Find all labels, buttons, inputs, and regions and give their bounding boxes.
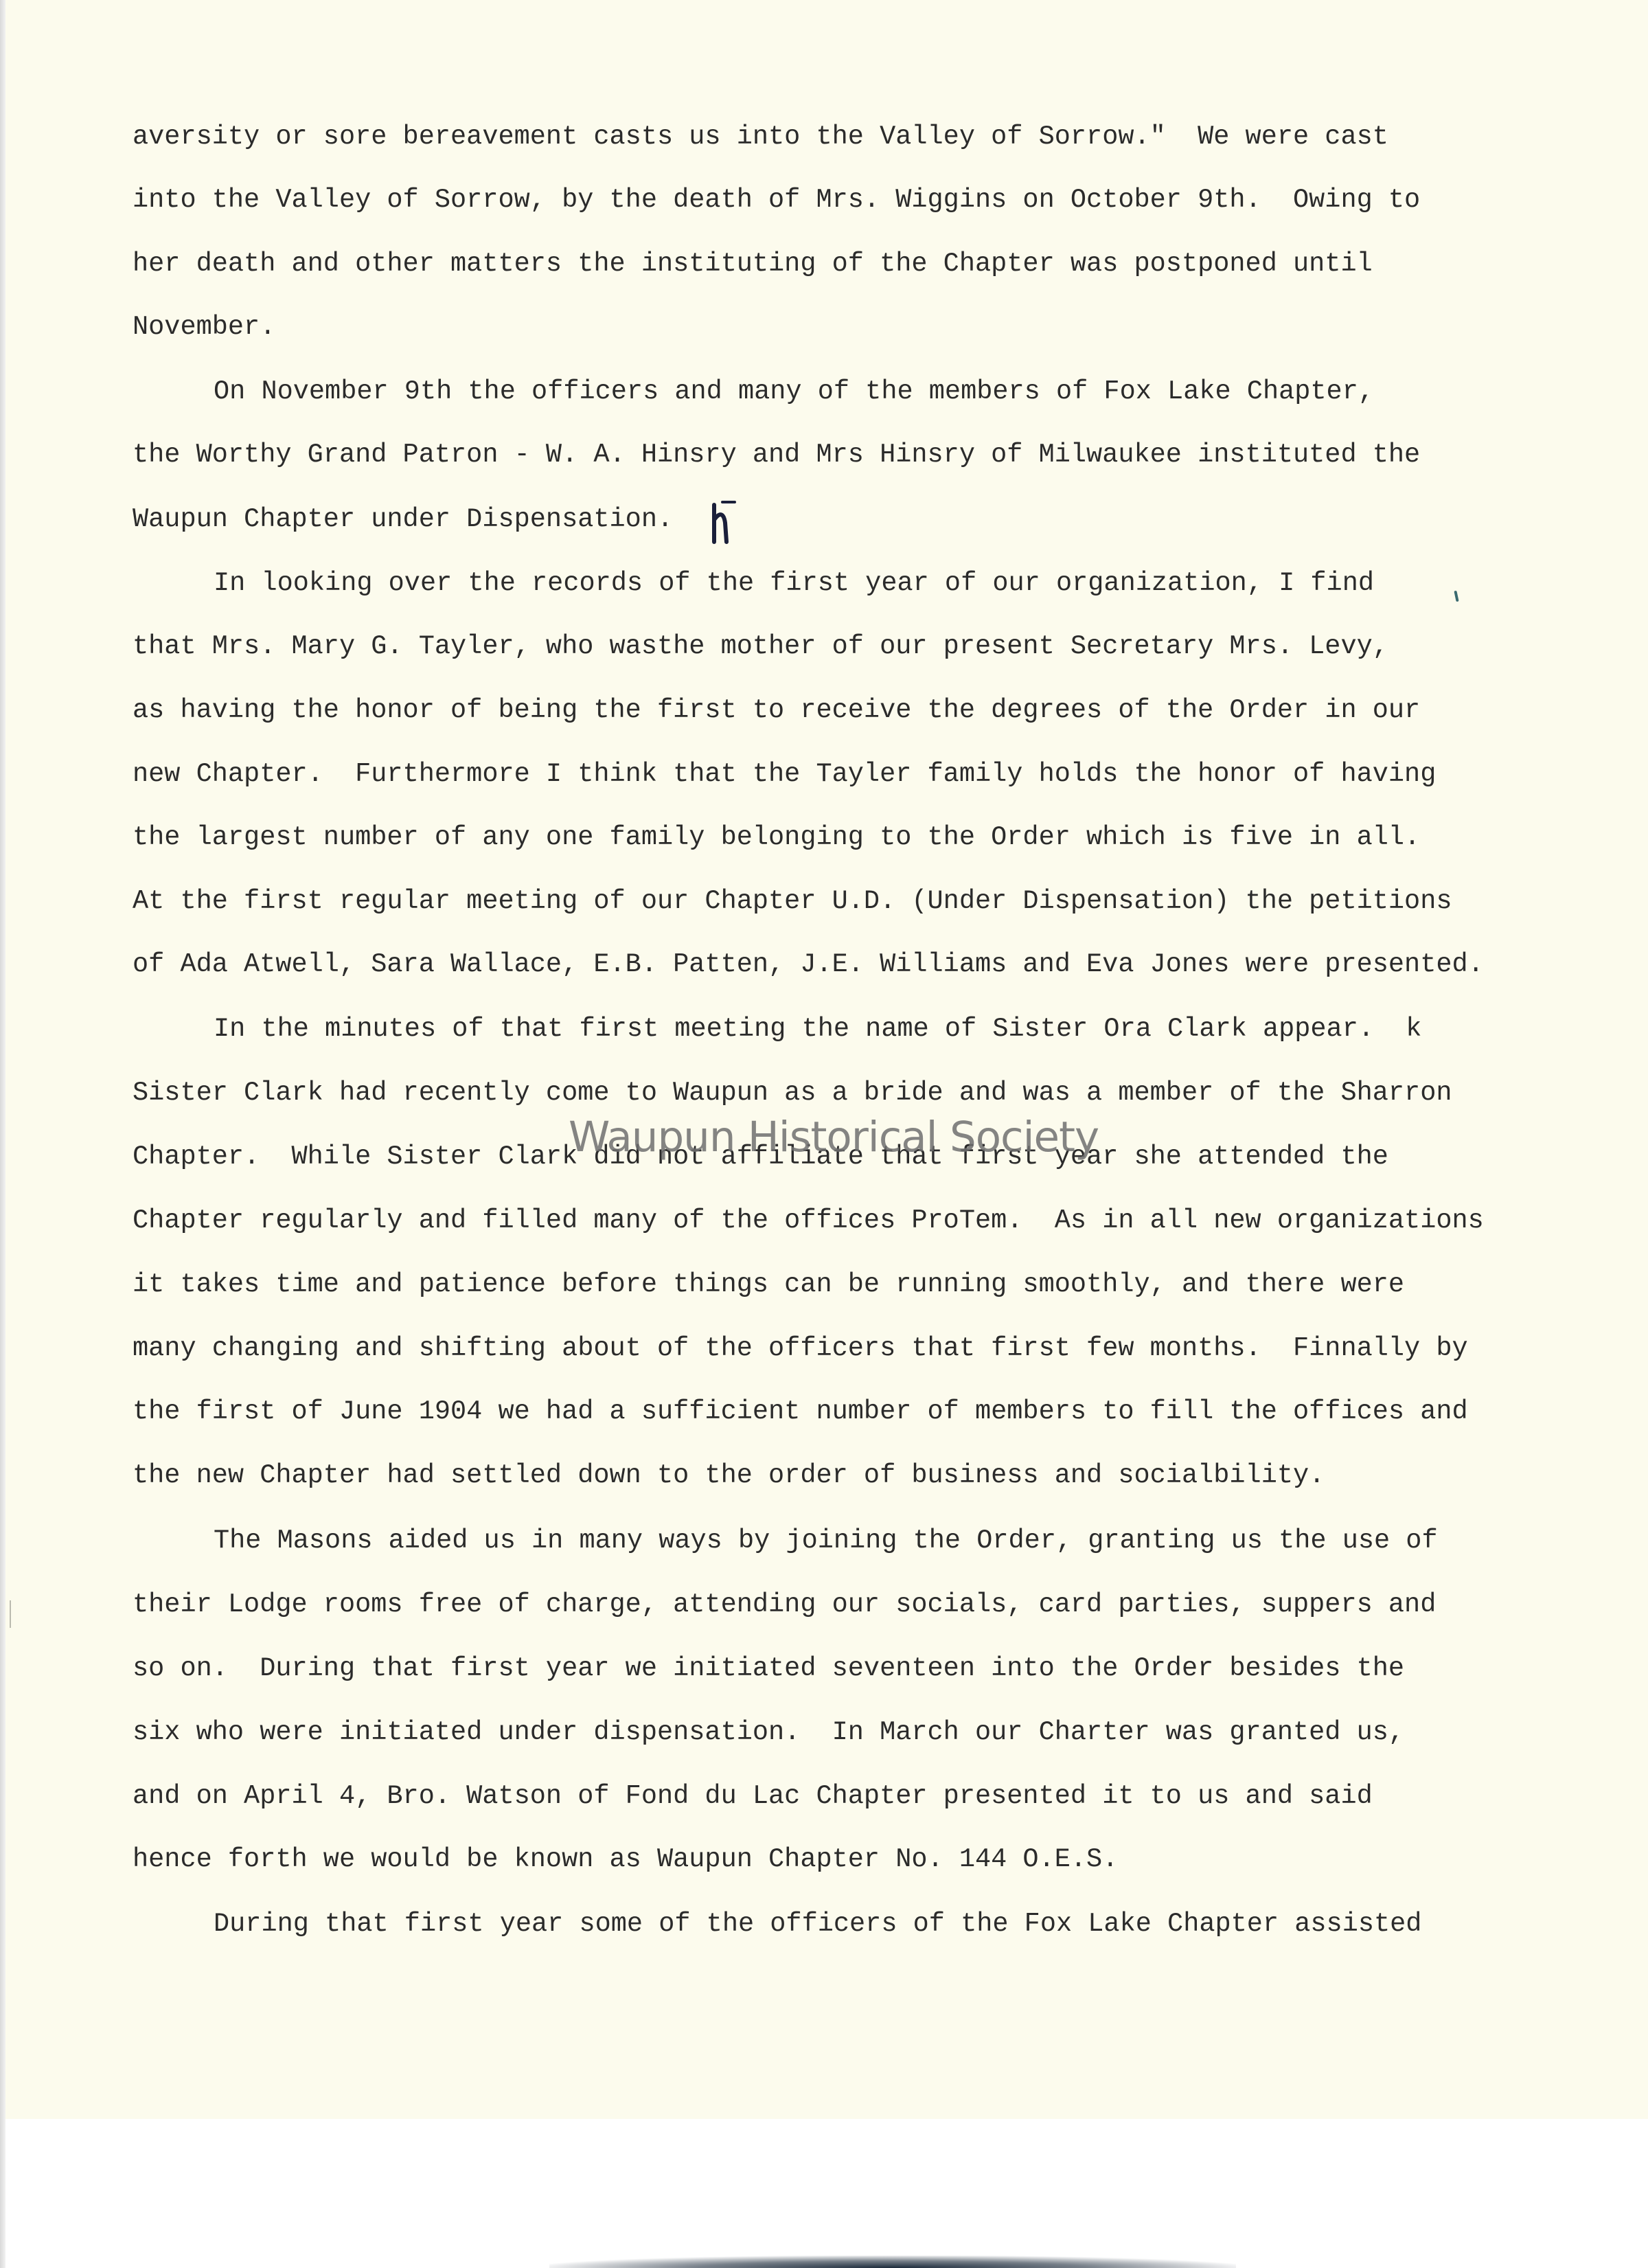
text-line: new Chapter. Furthermore I think that th…	[133, 761, 1436, 788]
paragraph-start-line: On November 9th the officers and many of…	[214, 378, 1374, 405]
text-line: many changing and shifting about of the …	[133, 1335, 1468, 1362]
text-line: her death and other matters the institut…	[133, 251, 1373, 277]
text-line: Waupun Chapter under Dispensation.	[133, 506, 673, 533]
paragraph-start-line: During that first year some of the offic…	[214, 1911, 1421, 1938]
scan-blank-area	[5, 2119, 1648, 2268]
text-line: hence forth we would be known as Waupun …	[133, 1846, 1118, 1873]
text-line: and on April 4, Bro. Watson of Fond du L…	[133, 1783, 1373, 1810]
text-line: the first of June 1904 we had a sufficie…	[133, 1398, 1468, 1425]
scan-bottom-shadow	[549, 2256, 1236, 2268]
text-line: the Worthy Grand Patron - W. A. Hinsry a…	[133, 442, 1420, 468]
handwritten-paragraph-mark-icon	[710, 499, 737, 547]
text-line: At the first regular meeting of our Chap…	[133, 888, 1452, 915]
text-line: of Ada Atwell, Sara Wallace, E.B. Patten…	[133, 951, 1484, 978]
paragraph-start-line: In looking over the records of the first…	[214, 570, 1374, 597]
text-line: their Lodge rooms free of charge, attend…	[133, 1591, 1436, 1618]
text-line: six who were initiated under dispensatio…	[133, 1719, 1404, 1746]
text-line: so on. During that first year we initiat…	[133, 1655, 1404, 1682]
text-line: as having the honor of being the first t…	[133, 697, 1420, 724]
text-line: November.	[133, 314, 275, 341]
paragraph-start-line: The Masons aided us in many ways by join…	[214, 1528, 1438, 1554]
watermark: Waupun Historical Society	[569, 1113, 1099, 1161]
text-line: Sister Clark had recently come to Waupun…	[133, 1080, 1452, 1107]
text-line: the new Chapter had settled down to the …	[133, 1462, 1325, 1489]
text-line: into the Valley of Sorrow, by the death …	[133, 187, 1420, 214]
text-line: Chapter regularly and filled many of the…	[133, 1207, 1484, 1234]
text-line: it takes time and patience before things…	[133, 1271, 1404, 1298]
paragraph-start-line: In the minutes of that first meeting the…	[214, 1016, 1421, 1043]
margin-scratch	[10, 1600, 11, 1628]
text-line: aversity or sore bereavement casts us in…	[133, 124, 1388, 150]
text-line: the largest number of any one family bel…	[133, 824, 1420, 851]
text-line: that Mrs. Mary G. Tayler, who wasthe mot…	[133, 633, 1388, 660]
scan-left-edge	[0, 0, 5, 2268]
